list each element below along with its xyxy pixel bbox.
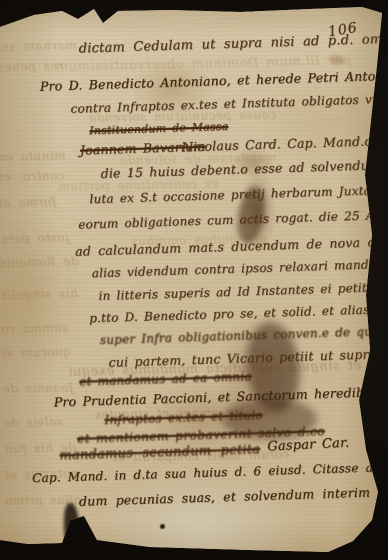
manuscript-line: Infraptos ex.tes et titulo bbox=[104, 408, 263, 427]
manuscript-line: Gaspar Car. bbox=[267, 435, 350, 454]
manuscript-line: dum pecunias suas, et solvendum interim … bbox=[79, 483, 388, 508]
manuscript-page: marham xxi res penes minuta ea contra, e… bbox=[0, 0, 388, 560]
manuscript-line: luta ex S.t occasione pretij herbarum Ju… bbox=[89, 182, 388, 207]
manuscript-line: et mandamus ad ea omnia bbox=[79, 369, 252, 388]
manuscript-text-block: dictam Cedulam ut supra nisi ad p.d. omn… bbox=[0, 0, 388, 560]
manuscript-line: Pro D. Benedicto Antoniano, et herede Pe… bbox=[40, 66, 388, 94]
manuscript-line: contra Infraptos ex.tes et Instituta obl… bbox=[70, 91, 388, 115]
manuscript-line: super Infra obligationibus conven.e de q… bbox=[100, 322, 388, 347]
manuscript-line: p.tto D. Benedicto pro se, et solid. et … bbox=[89, 301, 388, 326]
manuscript-line: dictam Cedulam ut supra nisi ad p.d. omn… bbox=[78, 31, 388, 56]
manuscript-line: Instituendum de Massa bbox=[89, 120, 228, 137]
manuscript-line: die 15 huius debent.o esse ad solvendum … bbox=[100, 155, 388, 181]
manuscript-line: eorum obligationes cum actis rogat. die … bbox=[78, 206, 388, 231]
manuscript-line: Nicolaus Card. Cap. Mand.os se bbox=[182, 132, 388, 154]
manuscript-line: alias videndum contra ipsos relaxari man… bbox=[92, 256, 388, 281]
manuscript-line: in litteris superis ad Id Instantes ei p… bbox=[98, 279, 388, 303]
manuscript-line: ad calculandum mat.s ducendum de nova co… bbox=[75, 232, 388, 259]
manuscript-line: cui partem, tunc Vicario petiit ut supra… bbox=[108, 346, 388, 370]
